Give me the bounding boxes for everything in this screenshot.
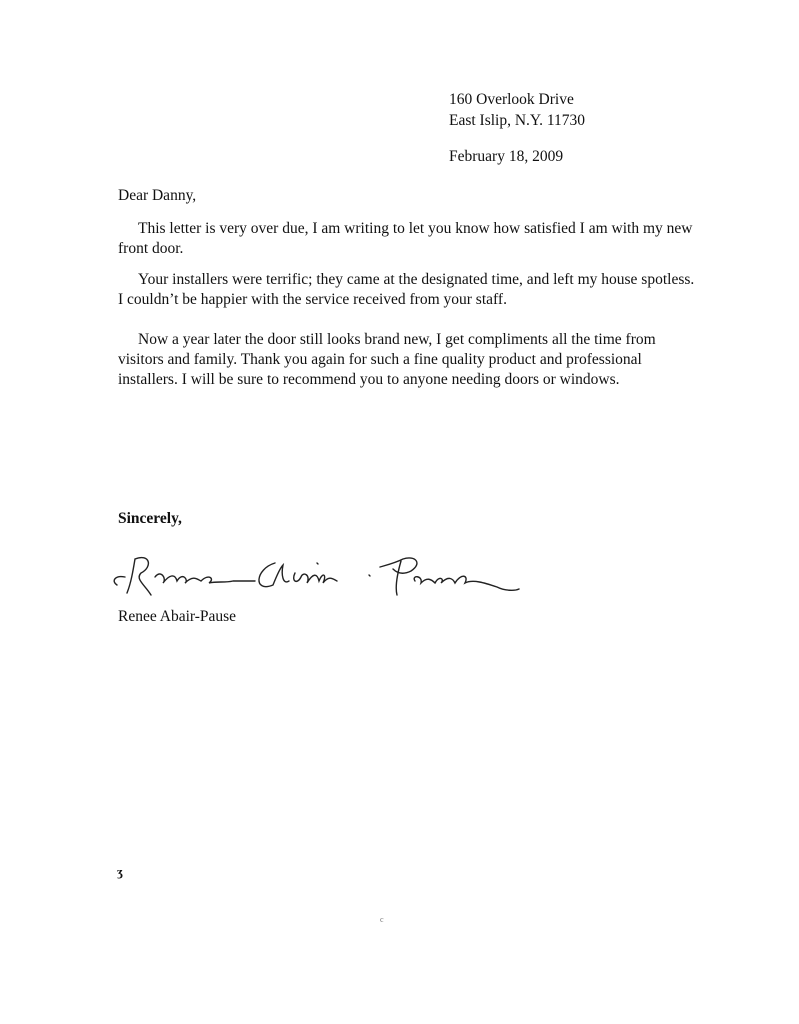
sender-address: 160 Overlook Drive East Islip, N.Y. 1173…	[449, 89, 585, 131]
handwritten-signature	[105, 545, 525, 605]
body-paragraph-1: This letter is very over due, I am writi…	[118, 219, 698, 259]
stray-mark: ʒ	[117, 864, 123, 880]
body-paragraph-2: Your installers were terrific; they came…	[118, 270, 698, 310]
signer-name: Renee Abair-Pause	[118, 608, 236, 626]
letter-date: February 18, 2009	[449, 148, 563, 166]
body-paragraph-3: Now a year later the door still looks br…	[118, 330, 698, 390]
address-line-1: 160 Overlook Drive	[449, 89, 585, 110]
closing: Sincerely,	[118, 510, 182, 528]
salutation: Dear Danny,	[118, 187, 196, 205]
address-line-2: East Islip, N.Y. 11730	[449, 110, 585, 131]
stray-mark: c	[380, 915, 384, 924]
